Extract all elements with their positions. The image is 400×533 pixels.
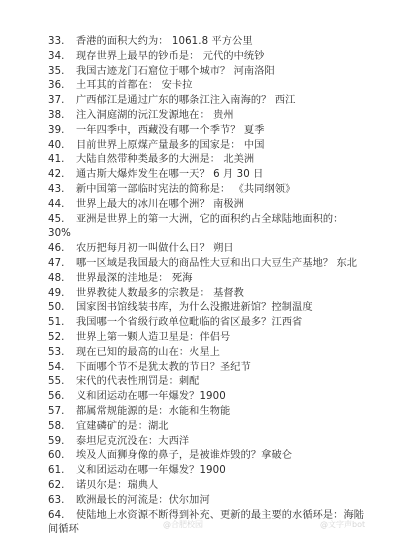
item-text: 义和团运动在哪一年爆发？1900 (76, 391, 226, 402)
item-number: 62. (48, 479, 76, 494)
item-number: 39. (48, 124, 76, 139)
item-number: 54. (48, 361, 76, 376)
list-item: 51.我国哪一个省级行政单位毗临的省区最多？江西省 (48, 316, 368, 331)
list-item: 43.新中国第一部临时宪法的简称是： 《共同纲领》 (48, 183, 368, 198)
item-text: 欧洲最长的河流是：伏尔加河 (76, 495, 210, 506)
list-item: 33.香港的面积大约为： 1061.8 平方公里 (48, 35, 368, 50)
item-text: 农历把每月初一叫做什么日？ 朔日 (76, 243, 234, 254)
item-text: 土耳其的首都在： 安卡拉 (76, 80, 193, 91)
item-number: 61. (48, 464, 76, 479)
document-page: 33.香港的面积大约为： 1061.8 平方公里34.现存世界上最早的钞币是： … (0, 0, 400, 533)
page-number: 2 (356, 510, 360, 517)
item-number: 51. (48, 316, 76, 331)
item-number: 45. (48, 213, 76, 228)
item-text: 诺贝尔是：瑞典人 (76, 480, 158, 491)
item-number: 64. (48, 509, 76, 524)
item-text: 哪一区域是我国最大的商品性大豆和出口大豆生产基地？ 东北 (76, 258, 357, 269)
item-text: 香港的面积大约为： 1061.8 平方公里 (76, 36, 253, 47)
item-text: 宜建磷矿的是：湖北 (76, 421, 169, 432)
item-number: 58. (48, 420, 76, 435)
item-number: 47. (48, 257, 76, 272)
list-item: 34.现存世界上最早的钞币是： 元代的中统钞 (48, 50, 368, 65)
watermark-right: @文字声bot (320, 519, 365, 530)
watermark-left: @合肥校园 (163, 519, 203, 530)
item-number: 48. (48, 272, 76, 287)
list-item: 38.注入洞庭湖的沅江发源地在： 贵州 (48, 109, 368, 124)
item-number: 34. (48, 50, 76, 65)
item-number: 57. (48, 405, 76, 420)
item-text: 广西郁江是通过广东的哪条江注入南海的？ 西江 (76, 95, 295, 106)
list-item: 36.土耳其的首都在： 安卡拉 (48, 79, 368, 94)
list-item: 39.一年四季中，西藏没有哪一个季节？ 夏季 (48, 124, 368, 139)
item-number: 46. (48, 242, 76, 257)
item-number: 41. (48, 153, 76, 168)
item-text: 下面哪个节不是犹太教的节日？圣纪节 (76, 362, 251, 373)
list-item: 46.农历把每月初一叫做什么日？ 朔日 (48, 242, 368, 257)
item-text: 通古斯大爆炸发生在哪一天？ 6 月 30 日 (76, 169, 263, 180)
item-number: 53. (48, 346, 76, 361)
item-text: 亚洲是世界上的第一大洲，它的面积约占全球陆地面积的： 30% (48, 214, 343, 240)
list-item: 45.亚洲是世界上的第一大洲，它的面积约占全球陆地面积的： 30% (48, 213, 368, 243)
list-item: 44.世界上最大的冰川在哪个洲？ 南极洲 (48, 198, 368, 213)
item-number: 55. (48, 375, 76, 390)
item-text: 国家图书馆线装书库，为什么没搬进新馆？控制温度 (76, 302, 313, 313)
item-number: 52. (48, 331, 76, 346)
item-text: 目前世界上原煤产量最多的国家是： 中国 (76, 140, 265, 151)
item-number: 33. (48, 35, 76, 50)
item-text: 义和团运动在哪一年爆发？1900 (76, 465, 226, 476)
item-number: 44. (48, 198, 76, 213)
item-text: 注入洞庭湖的沅江发源地在： 贵州 (76, 110, 234, 121)
item-number: 59. (48, 435, 76, 450)
item-text: 都属常规能源的是：水能和生物能 (76, 406, 230, 417)
item-number: 56. (48, 390, 76, 405)
item-text: 现在已知的最高的山在：火星上 (76, 347, 220, 358)
list-item: 49.世界教徒人数最多的宗教是： 基督教 (48, 287, 368, 302)
item-number: 43. (48, 183, 76, 198)
item-text: 世界上最大的冰川在哪个洲？ 南极洲 (76, 199, 244, 210)
list-item: 55.宋代的代表性刑罚是：刺配 (48, 375, 368, 390)
item-text: 世界最深的洼地是： 死海 (76, 273, 193, 284)
item-number: 40. (48, 139, 76, 154)
list-item: 59.泰坦尼克沉没在：大西洋 (48, 435, 368, 450)
list-item: 50.国家图书馆线装书库，为什么没搬进新馆？控制温度 (48, 301, 368, 316)
item-number: 42. (48, 168, 76, 183)
item-number: 63. (48, 494, 76, 509)
item-number: 37. (48, 94, 76, 109)
list-item: 52.世界上第一颗人造卫星是：伴侣号 (48, 331, 368, 346)
item-text: 世界教徒人数最多的宗教是： 基督教 (76, 288, 244, 299)
item-text: 使陆地上水资源不断得到补充、更新的最主要的水循环是：海陆间循环 (48, 510, 364, 533)
item-text: 现存世界上最早的钞币是： 元代的中统钞 (76, 51, 265, 62)
item-number: 36. (48, 79, 76, 94)
item-number: 60. (48, 449, 76, 464)
item-number: 49. (48, 287, 76, 302)
list-item: 62.诺贝尔是：瑞典人 (48, 479, 368, 494)
item-number: 50. (48, 301, 76, 316)
list-item: 56.义和团运动在哪一年爆发？1900 (48, 390, 368, 405)
item-text: 一年四季中，西藏没有哪一个季节？ 夏季 (76, 125, 265, 136)
list-item: 42.通古斯大爆炸发生在哪一天？ 6 月 30 日 (48, 168, 368, 183)
quiz-list: 33.香港的面积大约为： 1061.8 平方公里34.现存世界上最早的钞币是： … (48, 35, 368, 533)
item-text: 我国古迹龙门石窟位于哪个城市？ 河南洛阳 (76, 66, 275, 77)
list-item: 61.义和团运动在哪一年爆发？1900 (48, 464, 368, 479)
item-text: 新中国第一部临时宪法的简称是： 《共同纲领》 (76, 184, 295, 195)
list-item: 47.哪一区域是我国最大的商品性大豆和出口大豆生产基地？ 东北 (48, 257, 368, 272)
item-text: 世界上第一颗人造卫星是：伴侣号 (76, 332, 230, 343)
item-number: 35. (48, 65, 76, 80)
list-item: 37.广西郁江是通过广东的哪条江注入南海的？ 西江 (48, 94, 368, 109)
item-text: 我国哪一个省级行政单位毗临的省区最多？江西省 (76, 317, 302, 328)
item-text: 泰坦尼克沉没在：大西洋 (76, 436, 189, 447)
list-item: 57.都属常规能源的是：水能和生物能 (48, 405, 368, 420)
list-item: 41.大陆自然带种类最多的大洲是： 北美洲 (48, 153, 368, 168)
list-item: 53.现在已知的最高的山在：火星上 (48, 346, 368, 361)
list-item: 54.下面哪个节不是犹太教的节日？圣纪节 (48, 361, 368, 376)
list-item: 35.我国古迹龙门石窟位于哪个城市？ 河南洛阳 (48, 65, 368, 80)
list-item: 58.宜建磷矿的是：湖北 (48, 420, 368, 435)
list-item: 60.埃及人面狮身像的鼻子，是被谁炸毁的？拿破仑 (48, 449, 368, 464)
item-number: 38. (48, 109, 76, 124)
list-item: 40.目前世界上原煤产量最多的国家是： 中国 (48, 139, 368, 154)
item-text: 宋代的代表性刑罚是：刺配 (76, 376, 199, 387)
item-text: 大陆自然带种类最多的大洲是： 北美洲 (76, 154, 254, 165)
item-text: 埃及人面狮身像的鼻子，是被谁炸毁的？拿破仑 (76, 450, 292, 461)
list-item: 63.欧洲最长的河流是：伏尔加河 (48, 494, 368, 509)
list-item: 48.世界最深的洼地是： 死海 (48, 272, 368, 287)
